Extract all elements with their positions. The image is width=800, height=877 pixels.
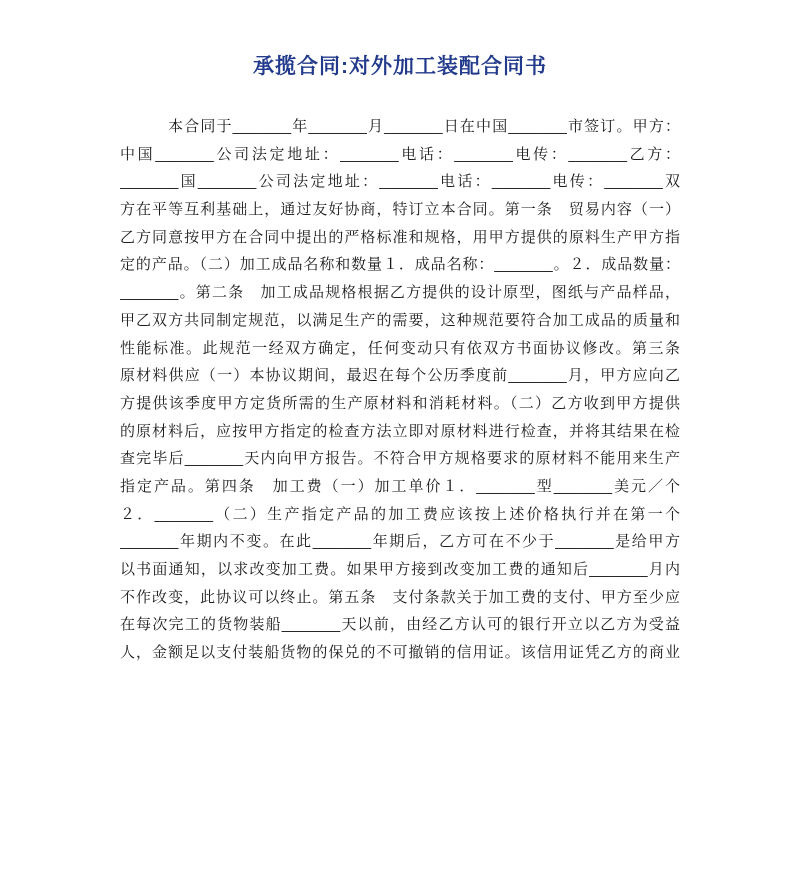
contract-text-line: 的原材料后，应按甲方指定的检查方法立即对原材料进行检查，并将其结果在检 xyxy=(120,418,680,446)
contract-text-line: 查完毕后_______天内向甲方报告。不符合甲方规格要求的原材料不能用来生产 xyxy=(120,445,680,473)
document-title: 承揽合同:对外加工装配合同书 xyxy=(0,0,800,81)
contract-text-line: 中国_______公司法定地址：_______电话：_______电传：____… xyxy=(120,141,680,169)
contract-text-line: 本合同于_______年_______月_______日在中国_______市签… xyxy=(120,113,680,141)
contract-text-line: 乙方同意按甲方在合同中提出的严格标准和规格，用甲方提供的原料生产甲方指 xyxy=(120,224,680,252)
contract-text-line: 方在平等互利基础上，通过友好协商，特订立本合同。第一条 贸易内容（一） xyxy=(120,196,680,224)
contract-text-line: 性能标准。此规范一经双方确定，任何变动只有依双方书面协议修改。第三条 xyxy=(120,335,680,363)
contract-text-line: 不作改变，此协议可以终止。第五条 支付条款关于加工费的支付、甲方至少应 xyxy=(120,584,680,612)
contract-text-line: _______年期内不变。在此_______年期后，乙方可在不少于_______… xyxy=(120,528,680,556)
contract-text-line: 原材料供应（一）本协议期间，最迟在每个公历季度前_______月，甲方应向乙 xyxy=(120,362,680,390)
contract-text-line: 方提供该季度甲方定货所需的生产原材料和消耗材料。（二）乙方收到甲方提供 xyxy=(120,390,680,418)
document-page: 承揽合同:对外加工装配合同书 本合同于_______年_______月_____… xyxy=(0,0,800,877)
contract-text-line: ２．_______（二）生产指定产品的加工费应该按上述价格执行并在第一个 xyxy=(120,501,680,529)
contract-text-line: 定的产品。（二）加工成品名称和数量１．成品名称：_______。２．成品数量： xyxy=(120,251,680,279)
contract-text-line: 在每次完工的货物装船_______天以前，由经乙方认可的银行开立以乙方为受益 xyxy=(120,611,680,639)
contract-text-line: 甲乙双方共同制定规范，以满足生产的需要，这种规范要符合加工成品的质量和 xyxy=(120,307,680,335)
contract-text-line: _______国_______公司法定地址：_______电话：_______电… xyxy=(120,168,680,196)
contract-text-line: 指定产品。第四条 加工费（一）加工单价１．_______型_______美元／个 xyxy=(120,473,680,501)
contract-text-line: 以书面通知，以求改变加工费。如果甲方接到改变加工费的通知后_______月内 xyxy=(120,556,680,584)
contract-body: 本合同于_______年_______月_______日在中国_______市签… xyxy=(120,113,680,667)
contract-text-line: 人，金额足以支付装船货物的保兑的不可撤销的信用证。该信用证凭乙方的商业 xyxy=(120,639,680,667)
contract-text-line: _______。第二条 加工成品规格根据乙方提供的设计原型，图纸与产品样品， xyxy=(120,279,680,307)
